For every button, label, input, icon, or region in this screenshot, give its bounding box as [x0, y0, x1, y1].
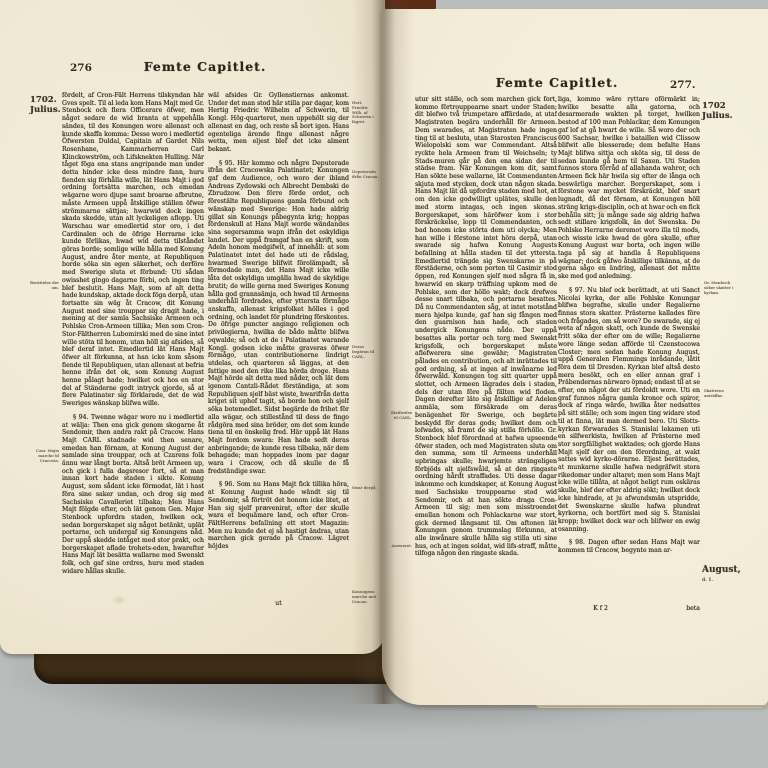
margin-note: Berättelse der om.: [27, 281, 59, 291]
page-number-right: 277.: [670, 79, 696, 91]
paragraph-section-97: § 97. Nu blef ock berättadt, at uti Sanc…: [558, 287, 700, 534]
paragraph: fördelt, af Cron-Fält Herrens tilskyndan…: [62, 92, 204, 408]
margin-month: Julius.: [702, 111, 742, 121]
margin-date-right: 1702 Julius.: [702, 101, 742, 121]
paragraph: wäl afsides Gr. Gyllenstiernas ankomst. …: [208, 92, 349, 154]
page-number-left: 276: [70, 62, 92, 74]
margin-date-august: August, d. 1.: [702, 565, 746, 585]
right-page: Femte Capitlet. 277. 1702 Julius. Skrifw…: [382, 9, 768, 705]
text-column-2: wäl afsides Gr. Gyllenstiernas ankomst. …: [208, 92, 349, 608]
running-title-right: Femte Capitlet.: [457, 75, 657, 90]
book-photo: 276 Femte Capitlet. 1702. Julius. Berätt…: [0, 0, 768, 768]
margin-note: Deputerade ifrån Cracau.: [352, 170, 380, 180]
signature-row: K f 2 beta: [558, 605, 700, 612]
margin-year: 1702.: [30, 95, 66, 105]
margin-note: Skatterne anträffas.: [704, 389, 734, 399]
margin-year: 1702: [702, 101, 742, 111]
margin-note: Deras begäran til CARL.: [352, 345, 380, 359]
left-page: 276 Femte Capitlet. 1702. Julius. Berätt…: [0, 0, 385, 654]
margin-note: Skrifwelse til CARL.: [390, 411, 412, 421]
paragraph-section-95: § 95. Här kommo och någre Deputerade ifr…: [208, 160, 349, 476]
margin-note: Czar. Majts marche til Cracovia.: [27, 449, 59, 463]
text-column-2: liga, kommo wåre ryttare oförmärkt in; h…: [558, 96, 700, 602]
margin-note: Swar derpå.: [352, 486, 380, 491]
margin-month: Julius.: [30, 105, 66, 115]
paragraph: utur sitt ställe, och som marchen gick f…: [415, 96, 557, 558]
margin-note: Gr. Stenbock söker skatter i kyrkan.: [704, 281, 734, 295]
margin-note: Konungens marche mot Cracau.: [352, 590, 380, 604]
paragraph-section-94: § 94. Twenne wägar woro nu i medlertid a…: [62, 414, 204, 576]
text-column-1: fördelt, af Cron-Fält Herrens tilskyndan…: [62, 92, 204, 648]
catchword-right: beta: [686, 605, 700, 612]
catchword-left: ut: [208, 600, 349, 607]
paragraph-section-98: § 98. Dagen efter sedan Hans Majt war ko…: [558, 539, 700, 554]
text-column-1: utur sitt ställe, och som marchen gick f…: [415, 96, 557, 652]
running-title-left: Femte Capitlet.: [105, 59, 305, 74]
margin-day: d. 1.: [702, 575, 746, 585]
signature-mark: K f 2: [558, 605, 643, 612]
margin-note: Answaret.: [390, 544, 412, 549]
margin-month: August,: [702, 565, 746, 575]
paragraph: liga, kommo wåre ryttare oförmärkt in; h…: [558, 96, 700, 281]
paragraph-section-96: § 96. Som nu Hans Majt fick tillika höra…: [208, 481, 349, 550]
margin-note: Hert. Friedric Wilh. af Schwerin i lägre…: [352, 101, 380, 125]
margin-date-left: 1702. Julius.: [30, 95, 66, 115]
